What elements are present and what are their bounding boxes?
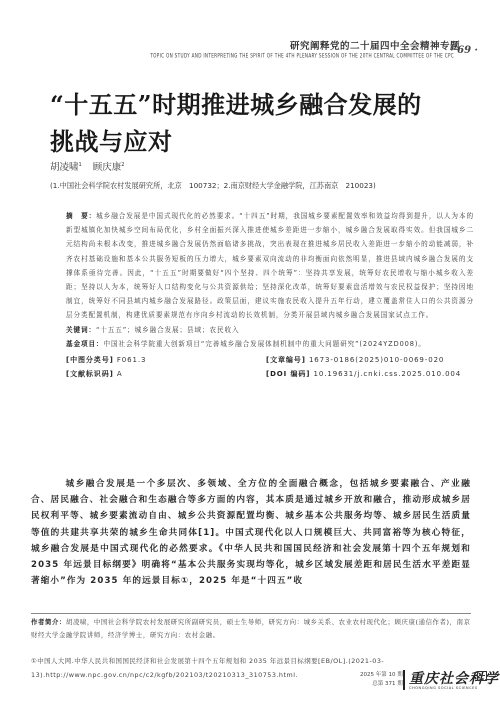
footer-divider — [403, 670, 405, 690]
fund-text: 中国社会科学院重大创新项目“完善城乡融合发展体制机制中的重大问题研究”(2024… — [103, 340, 425, 348]
author-note: 作者简介：胡凌啸，中国社会科学院农村发展研究所副研究员，硕士生导师，研究方向：城… — [31, 616, 471, 641]
doi-value: 10.19631/j.cnki.css.2025.010.004 — [314, 370, 462, 378]
fund-label: 基金项目： — [66, 340, 103, 348]
author-name: 顾庆康 — [93, 162, 122, 173]
meta-row-1: [中图分类号] F061.3 [文章编号] 1673-0186(2025)010… — [66, 353, 474, 367]
abstract-block: 摘 要：城乡融合发展是中国式现代化的必然要求。“十四五”时期，我国城乡要素配置效… — [66, 209, 474, 381]
footnote: ①中国人大网.中华人民共和国国民经济和社会发展第十四个五年规划和 2035 年远… — [31, 654, 471, 682]
title-line-2: 挑战与应对 — [50, 123, 422, 160]
doc-code-label: [文献标识码] — [66, 370, 114, 378]
doi-label: [DOI 编码] — [266, 370, 310, 378]
column-title: 研究阐释党的二十届四中全会精神专题 — [290, 38, 460, 52]
author-note-text: 胡凌啸，中国社会科学院农村发展研究所副研究员，硕士生导师，研究方向：城乡关系、农… — [31, 618, 471, 639]
article-number-label: [文章编号] — [266, 356, 306, 364]
authors: 胡凌啸1 顾庆康2 — [50, 159, 132, 173]
clc-label: [中图分类号] — [66, 356, 114, 364]
issue-info: 2025 年第 10 期 总第 371 期 — [360, 671, 403, 689]
issue-line-1: 2025 年第 10 期 — [360, 671, 403, 680]
author-sup: 2 — [121, 162, 124, 168]
abstract: 摘 要：城乡融合发展是中国式现代化的必然要求。“十四五”时期，我国城乡要素配置效… — [66, 209, 474, 323]
author-sup: 1 — [79, 162, 82, 168]
column-title-en: TOPIC ON STUDY AND INTERPRETING THE SPIR… — [150, 52, 454, 59]
keywords-text: “十五五”；城乡融合发展；县域；农民收入 — [96, 326, 240, 334]
issue-line-2: 总第 371 期 — [360, 680, 403, 689]
meta-row-2: [文献标识码] A [DOI 编码] 10.19631/j.cnki.css.2… — [66, 367, 474, 381]
article-number-value: 1673-0186(2025)010-0069-020 — [309, 356, 444, 364]
body-paragraph: 城乡融合发展是一个多层次、多领域、全方位的全面融合概念，包括城乡要素融合、产业融… — [31, 476, 471, 589]
keywords-label: 关键词： — [66, 326, 96, 334]
footnote-divider — [31, 613, 471, 614]
page-number: · 69 · — [450, 45, 478, 56]
author-name: 胡凌啸 — [50, 162, 79, 173]
author-note-label: 作者简介： — [31, 618, 66, 626]
title-line-1: “十五五”时期推进城乡融合发展的 — [50, 86, 422, 123]
doi: [DOI 编码] 10.19631/j.cnki.css.2025.010.00… — [266, 367, 461, 381]
abstract-label: 摘 要： — [66, 212, 96, 220]
article-number: [文章编号] 1673-0186(2025)010-0069-020 — [266, 353, 444, 367]
body-text: 城乡融合发展是一个多层次、多领域、全方位的全面融合概念，包括城乡要素融合、产业融… — [31, 479, 471, 586]
doc-code: [文献标识码] A — [66, 367, 266, 381]
journal-logo-en: CHONGQING SOCIAL SCIENCES — [409, 686, 478, 690]
doc-code-value: A — [117, 370, 123, 378]
clc: [中图分类号] F061.3 — [66, 353, 266, 367]
clc-value: F061.3 — [117, 356, 146, 364]
journal-mark-icon — [477, 671, 487, 681]
keywords: 关键词：“十五五”；城乡融合发展；县域；农民收入 — [66, 323, 474, 337]
fund: 基金项目：中国社会科学院重大创新项目“完善城乡融合发展体制机制中的重大问题研究”… — [66, 337, 474, 351]
abstract-text: 城乡融合发展是中国式现代化的必然要求。“十四五”时期，我国城乡要素配置效率和效益… — [66, 212, 474, 319]
affiliation: (1.中国社会科学院农村发展研究所，北京 100732；2.南京财经大学金融学院… — [50, 181, 376, 191]
article-title: “十五五”时期推进城乡融合发展的 挑战与应对 — [50, 86, 422, 160]
